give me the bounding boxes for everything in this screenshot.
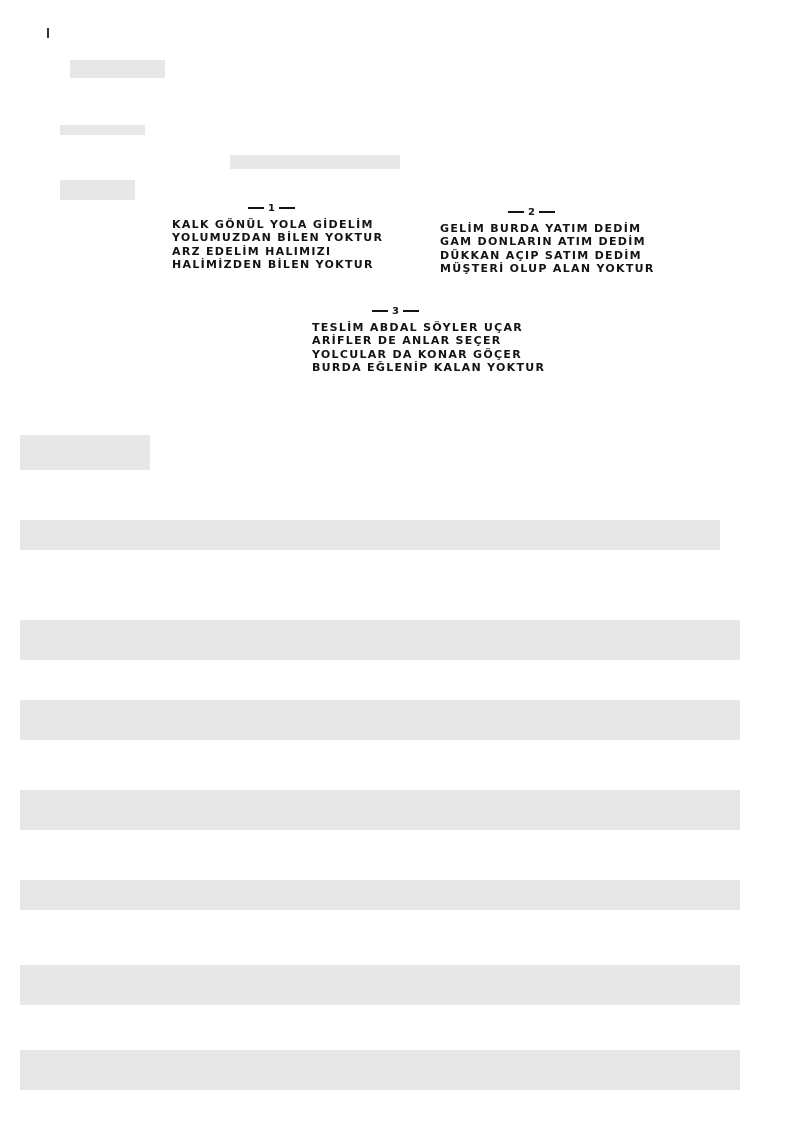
stanza-line: MÜŞTERİ OLUP ALAN YOKTUR bbox=[440, 262, 655, 276]
bleed-through bbox=[20, 435, 150, 470]
bleed-through bbox=[60, 125, 145, 135]
stanza-3: 3 TESLİM ABDAL SÖYLER UÇAR ARİFLER DE AN… bbox=[312, 305, 545, 375]
bleed-through bbox=[60, 180, 135, 200]
bleed-through bbox=[20, 965, 740, 1005]
stanza-line: ARZ EDELİM HALIMIZI bbox=[172, 245, 383, 259]
stanza-line: YOLUMUZDAN BİLEN YOKTUR bbox=[172, 231, 383, 245]
stanza-number: 2 bbox=[440, 206, 655, 220]
stanza-line: BURDA EĞLENİP KALAN YOKTUR bbox=[312, 361, 545, 375]
bleed-through bbox=[20, 700, 740, 740]
bleed-through bbox=[70, 60, 165, 78]
stanza-line: GAM DONLARIN ATIM DEDİM bbox=[440, 235, 655, 249]
stanza-number: 1 bbox=[172, 202, 383, 216]
bleed-through bbox=[20, 620, 740, 660]
stanza-line: KALK GÖNÜL YOLA GİDELİM bbox=[172, 218, 383, 232]
stanza-line: ARİFLER DE ANLAR SEÇER bbox=[312, 334, 545, 348]
stanza-line: DÜKKAN AÇIP SATIM DEDİM bbox=[440, 249, 655, 263]
stanza-number: 3 bbox=[312, 305, 545, 319]
bleed-through bbox=[20, 880, 740, 910]
scanned-page: 1 KALK GÖNÜL YOLA GİDELİM YOLUMUZDAN BİL… bbox=[0, 0, 800, 1134]
stanza-line: HALİMİZDEN BİLEN YOKTUR bbox=[172, 258, 383, 272]
stanza-2: 2 GELİM BURDA YATIM DEDİM GAM DONLARIN A… bbox=[440, 206, 655, 276]
stanza-1: 1 KALK GÖNÜL YOLA GİDELİM YOLUMUZDAN BİL… bbox=[172, 202, 383, 272]
bleed-through bbox=[20, 790, 740, 830]
margin-mark bbox=[47, 28, 49, 38]
stanza-line: TESLİM ABDAL SÖYLER UÇAR bbox=[312, 321, 545, 335]
bleed-through bbox=[230, 155, 400, 169]
stanza-line: GELİM BURDA YATIM DEDİM bbox=[440, 222, 655, 236]
stanza-line: YOLCULAR DA KONAR GÖÇER bbox=[312, 348, 545, 362]
bleed-through bbox=[20, 520, 720, 550]
bleed-through bbox=[20, 1050, 740, 1090]
